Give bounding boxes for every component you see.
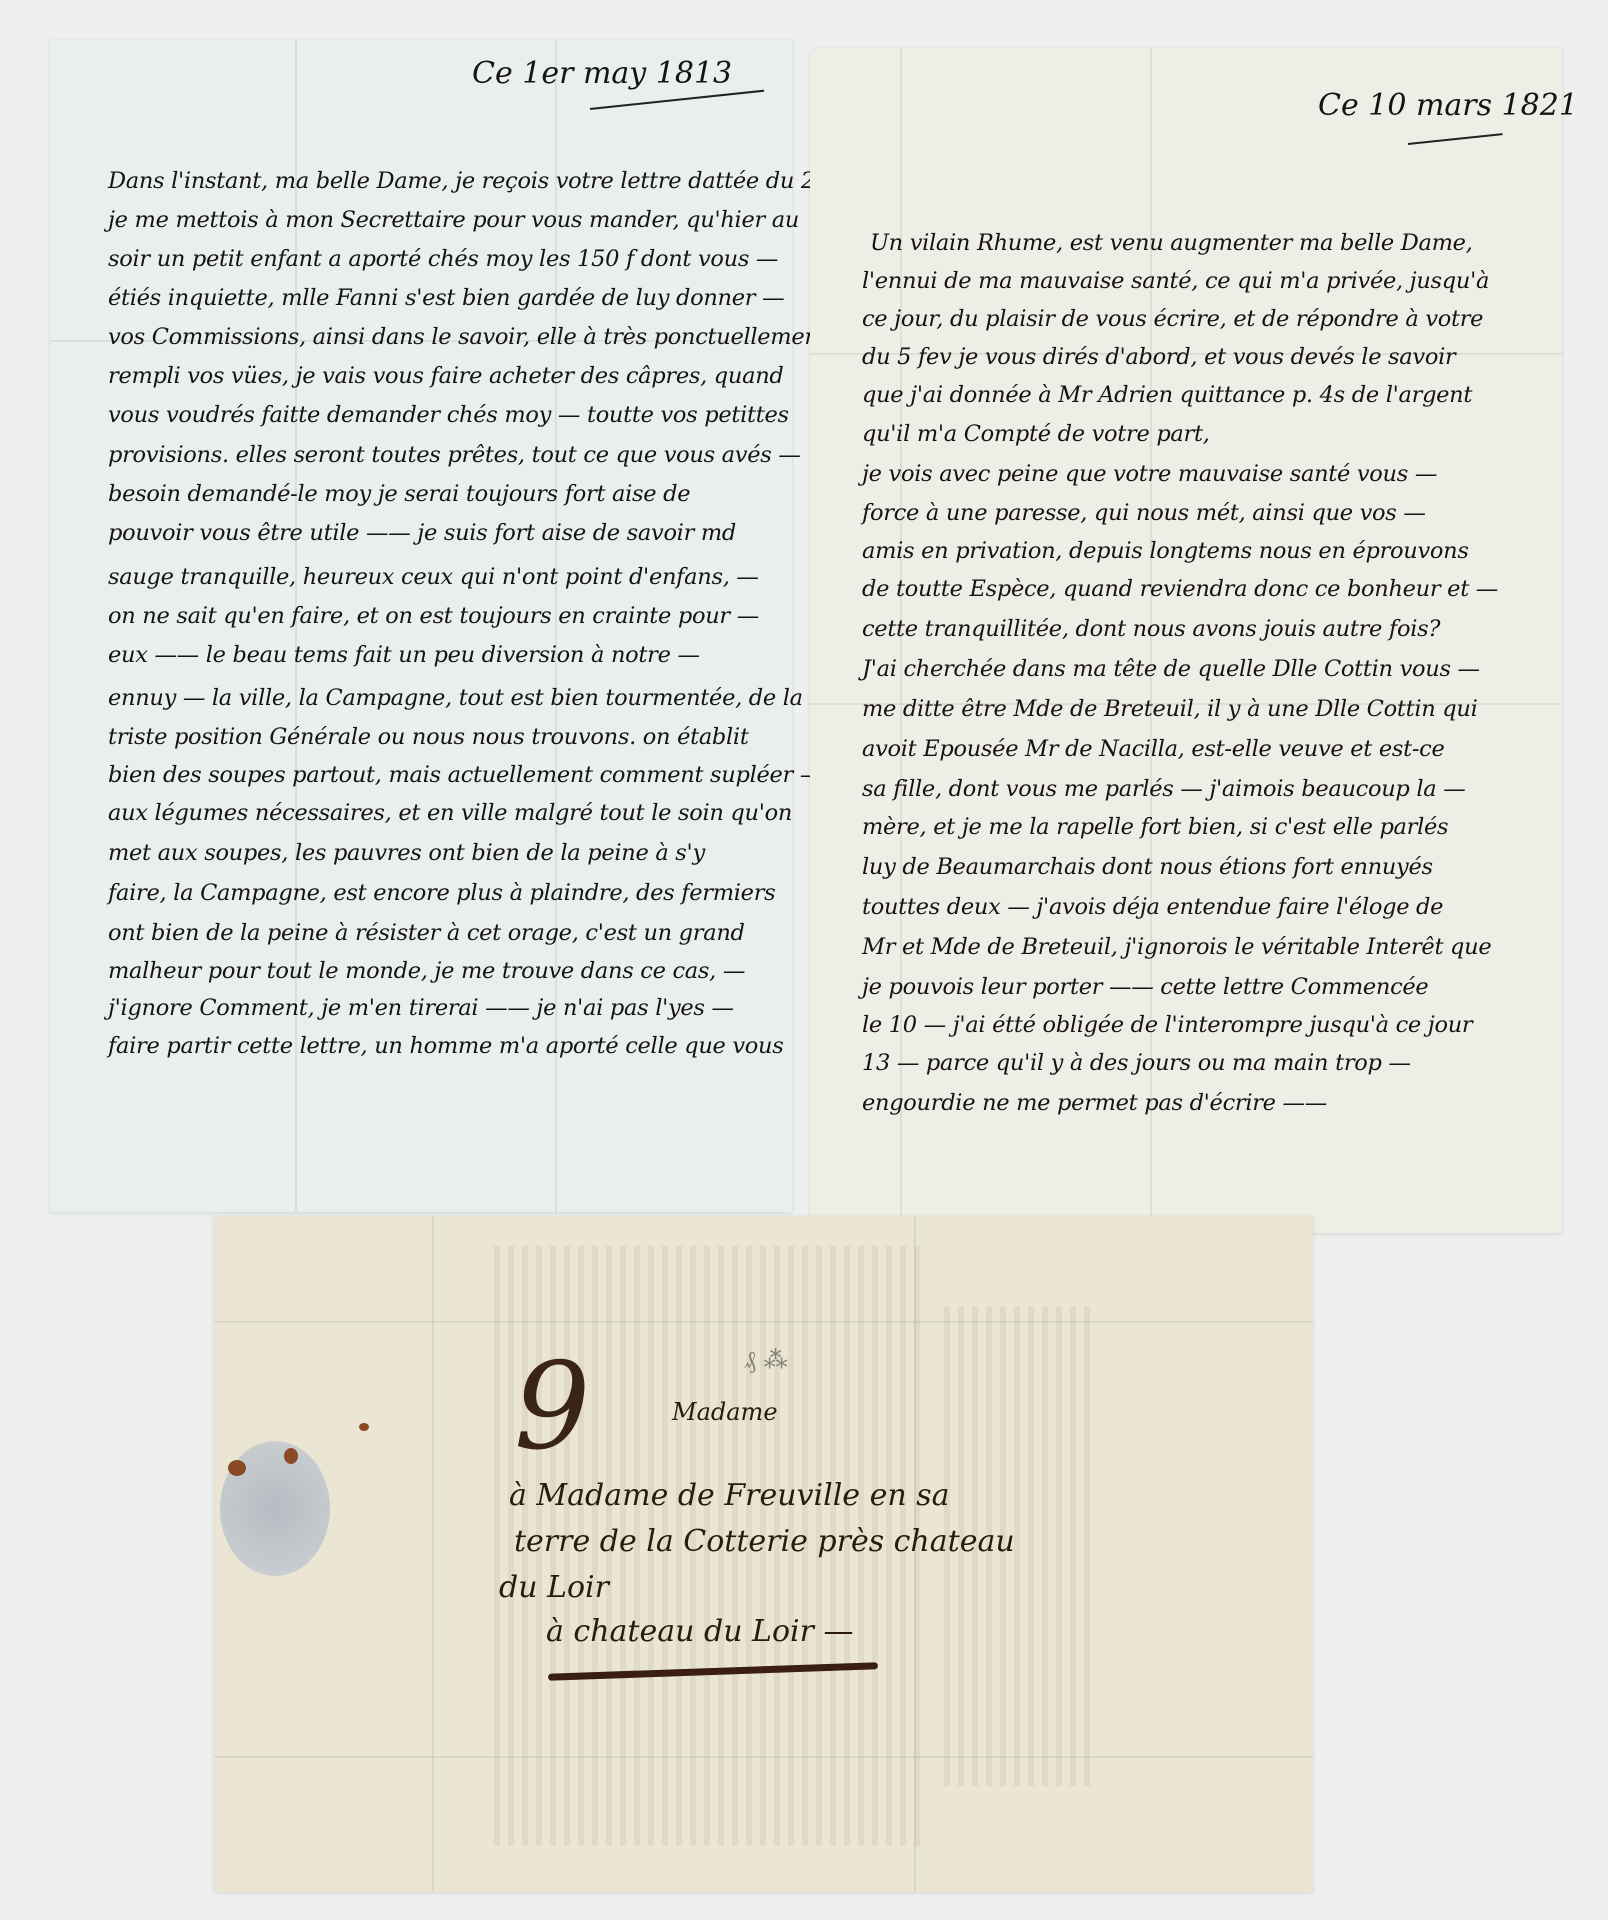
- address-line: Madame: [672, 1398, 778, 1426]
- body-line: qu'il m'a Compté de votre part,: [862, 421, 1210, 447]
- letter-date: Ce 10 mars 1821: [1318, 88, 1578, 123]
- address-line: à Madame de Freuville en sa: [509, 1478, 950, 1513]
- fold-crease: [214, 1321, 1313, 1323]
- body-line: bien des soupes partout, mais actuelleme…: [108, 762, 822, 788]
- address-envelope: ₰ ⁂ 9 Madame à Madame de Freuville en sa…: [214, 1216, 1313, 1892]
- body-line: je me mettois à mon Secrettaire pour vou…: [108, 207, 799, 233]
- body-line: 13 — parce qu'il y à des jours ou ma mai…: [862, 1050, 1411, 1076]
- wax-stain: [359, 1423, 369, 1431]
- body-line: triste position Générale ou nous nous tr…: [108, 724, 749, 750]
- body-line: faire, la Campagne, est encore plus à pl…: [108, 880, 775, 906]
- address-initial: 9: [514, 1348, 590, 1468]
- body-line: me ditte être Mde de Breteuil, il y à un…: [862, 696, 1477, 722]
- fold-crease: [432, 1216, 434, 1892]
- body-line: rempli vos vües, je vais vous faire ache…: [108, 363, 784, 389]
- body-line: le 10 — j'ai étté obligée de l'interompr…: [862, 1012, 1472, 1038]
- body-line: étiés inquiette, mlle Fanni s'est bien g…: [108, 285, 784, 311]
- body-line: ont bien de la peine à résister à cet or…: [108, 920, 745, 946]
- date-underline: [590, 90, 764, 110]
- address-line: terre de la Cotterie près chateau: [514, 1524, 1015, 1559]
- body-line: Dans l'instant, ma belle Dame, je reçois…: [108, 168, 829, 194]
- body-line: mère, et je me la rapelle fort bien, si …: [862, 814, 1448, 840]
- body-line: aux légumes nécessaires, et en ville mal…: [108, 800, 792, 826]
- date-underline: [1408, 133, 1503, 145]
- body-line: Un vilain Rhume, est venu augmenter ma b…: [870, 230, 1473, 256]
- body-line: ennuy — la ville, la Campagne, tout est …: [108, 685, 803, 711]
- body-line: soir un petit enfant a aporté chés moy l…: [108, 246, 778, 272]
- body-line: du 5 fev je vous dirés d'abord, et vous …: [862, 344, 1455, 370]
- body-line: que j'ai donnée à Mr Adrien quittance p.…: [862, 382, 1472, 408]
- letter-1813: Ce 1er may 1813 Dans l'instant, ma belle…: [50, 40, 792, 1212]
- letter-1821: Ce 10 mars 1821 Un vilain Rhume, est ven…: [810, 48, 1562, 1233]
- body-line: j'ignore Comment, je m'en tirerai —— je …: [108, 995, 734, 1021]
- address-line: à chateau du Loir —: [546, 1614, 854, 1649]
- postmark-stamp: ₰ ⁂: [744, 1346, 788, 1375]
- address-line: du Loir: [499, 1570, 609, 1605]
- body-line: J'ai cherchée dans ma tête de quelle Dll…: [862, 656, 1480, 682]
- wax-stain: [284, 1448, 298, 1464]
- body-line: malheur pour tout le monde, je me trouve…: [108, 958, 745, 984]
- body-line: eux —— le beau tems fait un peu diversio…: [108, 642, 700, 668]
- body-line: je vois avec peine que votre mauvaise sa…: [862, 461, 1437, 487]
- body-line: engourdie ne me permet pas d'écrire ——: [862, 1090, 1327, 1116]
- body-line: besoin demandé-le moy je serai toujours …: [108, 481, 690, 507]
- body-line: luy de Beaumarchais dont nous étions for…: [862, 854, 1433, 880]
- body-line: avoit Epousée Mr de Nacilla, est-elle ve…: [862, 736, 1445, 762]
- body-line: je pouvois leur porter —— cette lettre C…: [862, 974, 1428, 1000]
- body-line: de toutte Espèce, quand reviendra donc c…: [862, 576, 1498, 602]
- body-line: on ne sait qu'en faire, et on est toujou…: [108, 603, 759, 629]
- body-line: cette tranquillitée, dont nous avons jou…: [862, 616, 1440, 642]
- letter-date: Ce 1er may 1813: [472, 56, 732, 91]
- body-line: provisions. elles seront toutes prêtes, …: [108, 442, 801, 468]
- body-line: force à une paresse, qui nous mét, ainsi…: [862, 500, 1426, 526]
- wax-stain: [228, 1460, 246, 1476]
- body-line: pouvoir vous être utile —— je suis fort …: [108, 520, 736, 546]
- body-line: ce jour, du plaisir de vous écrire, et d…: [862, 306, 1483, 332]
- body-line: l'ennui de ma mauvaise santé, ce qui m'a…: [862, 268, 1489, 294]
- body-line: sauge tranquille, heureux ceux qui n'ont…: [108, 564, 759, 590]
- body-line: amis en privation, depuis longtems nous …: [862, 538, 1469, 564]
- body-line: touttes deux — j'avois déja entendue fai…: [862, 894, 1443, 920]
- body-line: Mr et Mde de Breteuil, j'ignorois le vér…: [862, 934, 1491, 960]
- fold-crease: [214, 1756, 1313, 1758]
- body-line: sa fille, dont vous me parlés — j'aimois…: [862, 776, 1465, 802]
- body-line: met aux soupes, les pauvres ont bien de …: [108, 840, 705, 866]
- body-line: vos Commissions, ainsi dans le savoir, e…: [108, 324, 827, 350]
- body-line: faire partir cette lettre, un homme m'a …: [108, 1033, 783, 1059]
- body-line: vous voudrés faitte demander chés moy — …: [108, 402, 789, 428]
